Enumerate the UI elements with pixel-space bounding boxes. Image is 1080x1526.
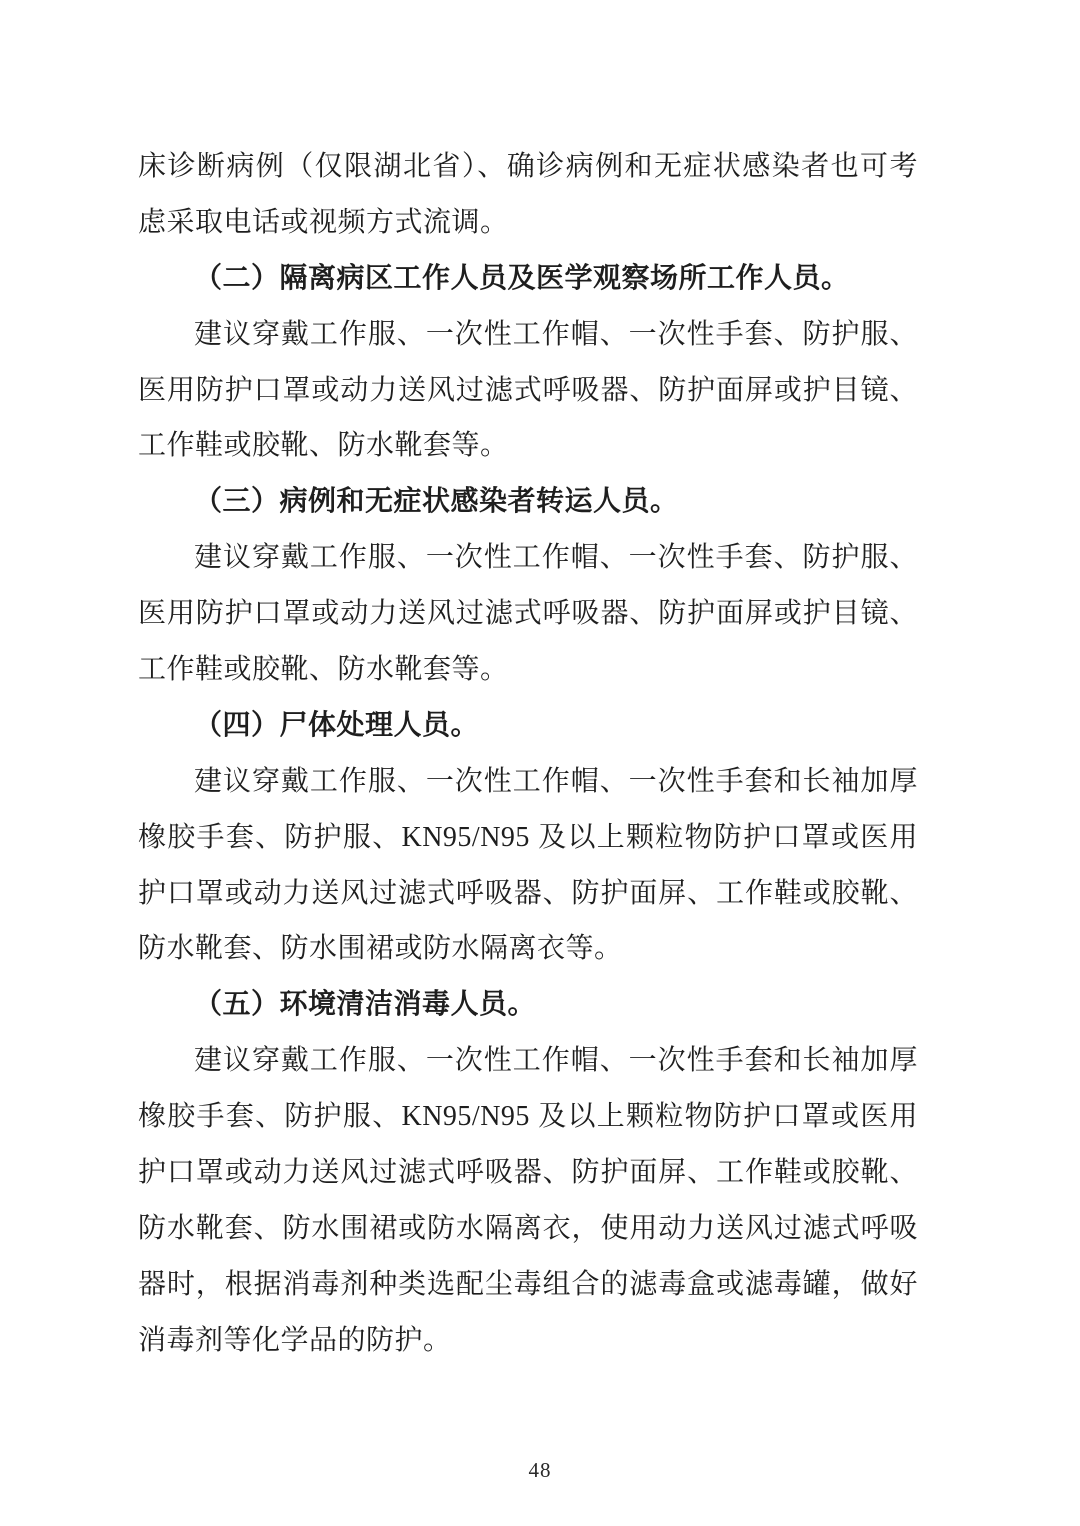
text-line: 橡胶手套、防护服、KN95/N95 及以上颗粒物防护口罩或医用防 bbox=[138, 1089, 918, 1145]
text-line: 建议穿戴工作服、一次性工作帽、一次性手套和长袖加厚 bbox=[138, 754, 918, 810]
text-line: 消毒剂等化学品的防护。 bbox=[138, 1313, 918, 1369]
text-line: 护口罩或动力送风过滤式呼吸器、防护面屏、工作鞋或胶靴、 bbox=[138, 866, 918, 922]
page-number: 48 bbox=[0, 1458, 1080, 1483]
section-heading-line: （五）环境清洁消毒人员。 bbox=[138, 977, 918, 1033]
section-heading-line: （二）隔离病区工作人员及医学观察场所工作人员。 bbox=[138, 251, 918, 307]
text-line: 防水靴套、防水围裙或防水隔离衣，使用动力送风过滤式呼吸 bbox=[138, 1201, 918, 1257]
text-line: 医用防护口罩或动力送风过滤式呼吸器、防护面屏或护目镜、 bbox=[138, 586, 918, 642]
document-page: 床诊断病例（仅限湖北省）、确诊病例和无症状感染者也可考虑采取电话或视频方式流调。… bbox=[0, 0, 1080, 1526]
section-heading-line: （四）尸体处理人员。 bbox=[138, 698, 918, 754]
text-line: 建议穿戴工作服、一次性工作帽、一次性手套、防护服、 bbox=[138, 530, 918, 586]
text-line: 建议穿戴工作服、一次性工作帽、一次性手套和长袖加厚 bbox=[138, 1033, 918, 1089]
text-line: 虑采取电话或视频方式流调。 bbox=[138, 195, 918, 251]
text-line: 护口罩或动力送风过滤式呼吸器、防护面屏、工作鞋或胶靴、 bbox=[138, 1145, 918, 1201]
text-line: 医用防护口罩或动力送风过滤式呼吸器、防护面屏或护目镜、 bbox=[138, 363, 918, 419]
text-line: 床诊断病例（仅限湖北省）、确诊病例和无症状感染者也可考 bbox=[138, 139, 918, 195]
text-line: 器时，根据消毒剂种类选配尘毒组合的滤毒盒或滤毒罐，做好 bbox=[138, 1257, 918, 1313]
text-line: 防水靴套、防水围裙或防水隔离衣等。 bbox=[138, 921, 918, 977]
text-line: 建议穿戴工作服、一次性工作帽、一次性手套、防护服、 bbox=[138, 307, 918, 363]
text-line: 橡胶手套、防护服、KN95/N95 及以上颗粒物防护口罩或医用防 bbox=[138, 810, 918, 866]
text-line: 工作鞋或胶靴、防水靴套等。 bbox=[138, 642, 918, 698]
document-body: 床诊断病例（仅限湖北省）、确诊病例和无症状感染者也可考虑采取电话或视频方式流调。… bbox=[138, 139, 918, 1369]
section-heading-line: （三）病例和无症状感染者转运人员。 bbox=[138, 474, 918, 530]
text-line: 工作鞋或胶靴、防水靴套等。 bbox=[138, 418, 918, 474]
